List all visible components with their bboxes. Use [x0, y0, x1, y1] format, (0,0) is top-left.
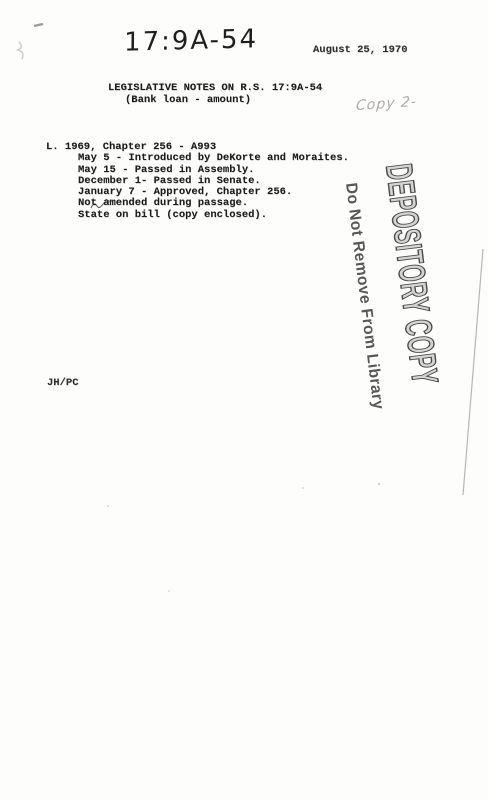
document-date: August 25, 1970 [313, 44, 408, 56]
legislative-history: L. 1969, Chapter 256 - A993 May 5 - Intr… [46, 142, 349, 221]
pencil-squiggle [18, 42, 23, 59]
document-title: LEGISLATIVE NOTES ON R.S. 17:9A-54 [108, 82, 322, 94]
copy-annotation: Copy 2- [356, 94, 418, 114]
depository-stamp: DEPOSITORY COPY Do Not Remove From Libra… [339, 162, 448, 422]
handwritten-classification-number: 17:9A-54 [124, 24, 258, 58]
scan-artifacts-overlay [0, 0, 488, 800]
stamp-primary-text: DEPOSITORY COPY [378, 162, 445, 387]
history-line: May 5 - Introduced by DeKorte and Morait… [46, 153, 349, 164]
history-line: State on bill (copy enclosed). [46, 210, 349, 221]
paper-speck [107, 505, 109, 507]
smudge-mark [34, 24, 43, 26]
scanned-document-page: 17:9A-54 August 25, 1970 LEGISLATIVE NOT… [0, 0, 488, 800]
paper-speck [302, 487, 304, 489]
crease-line [463, 249, 483, 495]
title-block: LEGISLATIVE NOTES ON R.S. 17:9A-54 (Bank… [108, 82, 322, 106]
paper-speck [168, 590, 170, 592]
document-subtitle: (Bank loan - amount) [108, 94, 322, 106]
paper-speck [378, 483, 380, 485]
typist-initials: JH/PC [47, 377, 79, 389]
